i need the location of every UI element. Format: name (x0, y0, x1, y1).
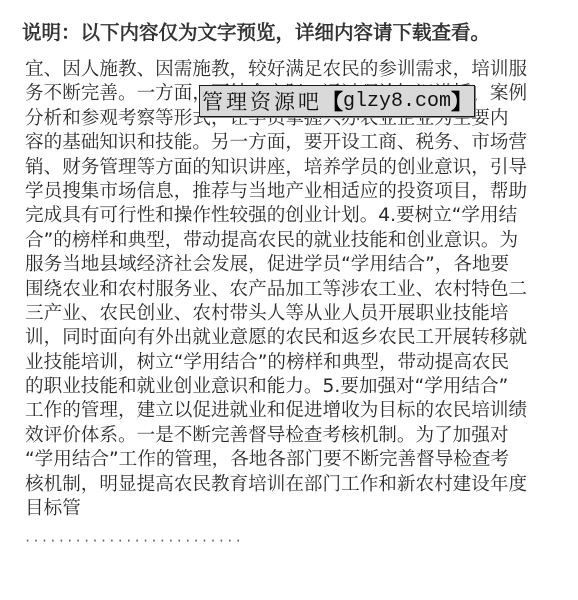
text-line: 容的基础知识和技能。另一方面，要开设工商、税务、市场营 (25, 131, 565, 155)
text-line: 围绕农业和农村服务业、农产品加工等涉农工业、农村特色二 (25, 278, 565, 302)
text-line: 合”的榜样和典型，带动提高农民的就业技能和创业意识。为 (25, 229, 565, 253)
text-line: 训，同时面向有外出就业意愿的农民和返乡农民工开展转移就 (25, 326, 565, 350)
text-line: 销、财务管理等方面的知识讲座，培养学员的创业意识，引导 (25, 156, 565, 180)
text-line: 学员搜集市场信息，推荐与当地产业相适应的投资项目，帮助 (25, 180, 565, 204)
text-line: “学用结合”工作的管理，各地各部门要不断完善督导检查考 (25, 448, 565, 472)
text-line: 的职业技能和就业创业意识和能力。5.要加强对“学用结合” (25, 375, 565, 399)
text-line: 宜、因人施教、因需施教，较好满足农民的参训需求，培训服 (25, 58, 565, 82)
preview-notice: 说明：以下内容仅为文字预览，详细内容请下载查看。 (22, 17, 490, 45)
text-line: 效评价体系。一是不断完善督导检查考核机制。为了加强对 (25, 424, 565, 448)
text-line: 完成具有可行性和操作性较强的创业计划。4.要树立“学用结 (25, 204, 565, 228)
text-line: 三产业、农民创业、农村带头人等从业人员开展职业技能培 (25, 302, 565, 326)
text-line: 工作的管理，建立以促进就业和促进增收为目标的农民培训绩 (25, 399, 565, 423)
truncation-dots: ·························· (24, 534, 243, 548)
text-line: 目标管 (25, 497, 565, 521)
document-preview-text: 宜、因人施教、因需施教，较好满足农民的参训需求，培训服 务不断完善。一方面，要结… (25, 58, 565, 521)
text-line: 服务当地县域经济社会发展，促进学员“学用结合”，各地要 (25, 253, 565, 277)
text-line: 核机制，明显提高农民教育培训在部门工作和新农村建设年度 (25, 473, 565, 497)
watermark-banner: 管理资源吧 【 glzy8.com 】 (199, 85, 475, 117)
watermark-bracket-close: 】 (451, 86, 472, 116)
text-line: 业技能培训，树立“学用结合”的榜样和典型，带动提高农民 (25, 351, 565, 375)
watermark-bracket-open: 【 (322, 86, 343, 116)
watermark-url: glzy8.com (343, 90, 451, 113)
watermark-site-name: 管理资源吧 (202, 86, 322, 116)
